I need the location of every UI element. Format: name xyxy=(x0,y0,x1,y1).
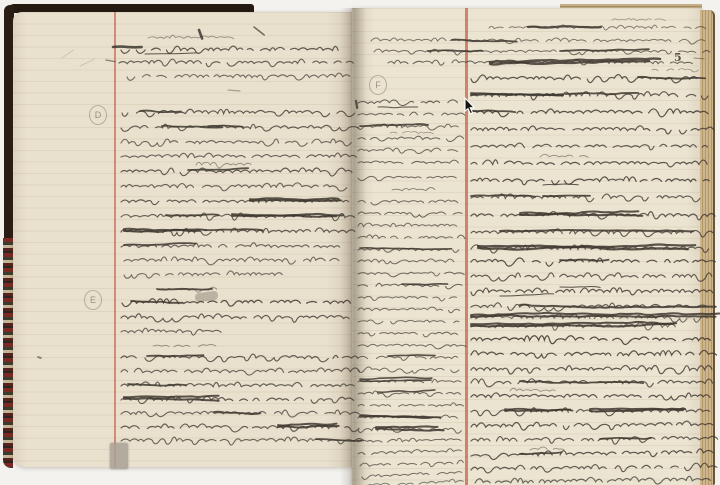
strikethrough-marks xyxy=(113,26,719,454)
page-number: 5 xyxy=(674,51,682,64)
handwriting-left-page xyxy=(119,35,364,445)
mouse-cursor-icon xyxy=(464,97,476,115)
pencil-section-mark-f: F xyxy=(369,75,387,95)
manuscript-photo: D E F 5 xyxy=(0,0,720,485)
handwriting-right-page xyxy=(358,19,718,485)
pencil-section-mark-e: E xyxy=(84,290,102,310)
pencil-section-mark-d: D xyxy=(89,105,107,125)
handwriting-ink-layer xyxy=(0,0,720,485)
